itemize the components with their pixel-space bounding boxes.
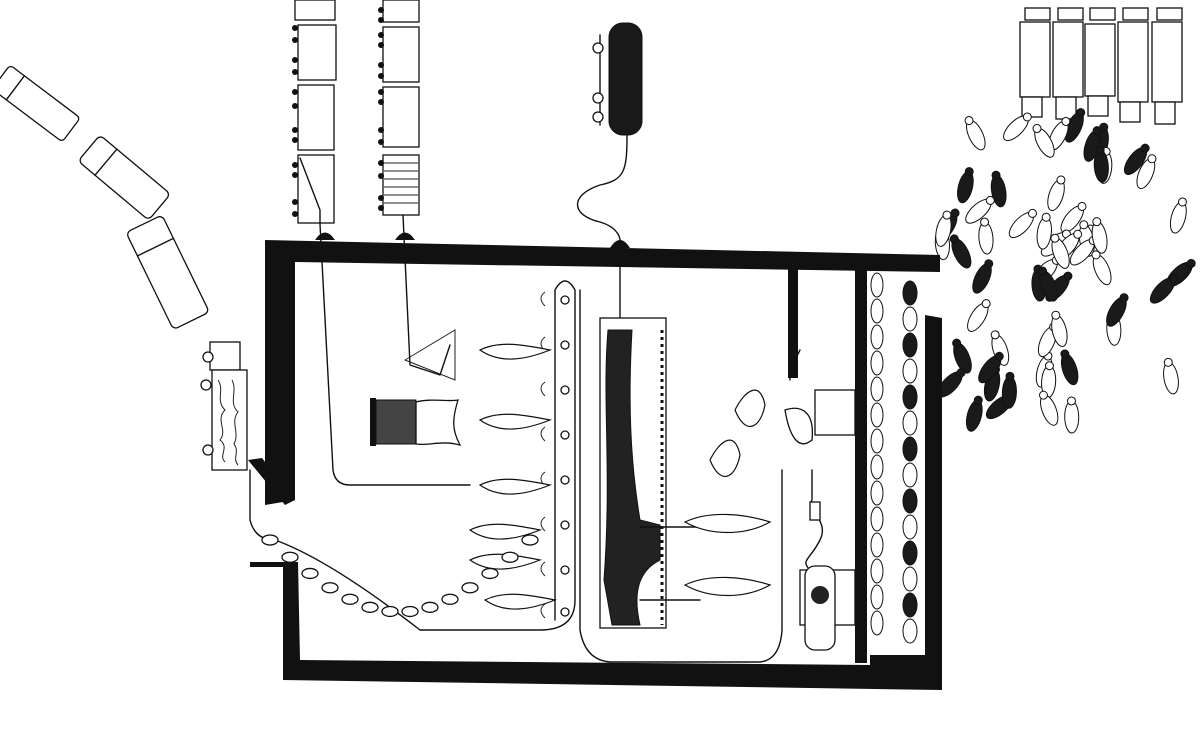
feed-lane-right xyxy=(378,0,419,215)
intake-corridor xyxy=(871,273,917,643)
hanging-carcasses-right xyxy=(685,390,770,595)
waste-tank xyxy=(800,566,855,650)
outgoing-truck xyxy=(201,342,247,470)
slaughterhouse-diagram xyxy=(0,0,1200,750)
scald-area xyxy=(785,350,855,570)
animal-herd xyxy=(932,106,1199,433)
tanker-truck xyxy=(578,23,643,320)
conveyor-loop-left xyxy=(420,281,575,630)
diagram-canvas xyxy=(0,0,1200,750)
central-processing-column xyxy=(580,290,782,662)
hide-roll xyxy=(370,398,460,446)
livestock-trucks-right xyxy=(1020,8,1182,124)
feed-lane-left xyxy=(292,0,336,224)
empty-trucks-left xyxy=(0,65,209,330)
